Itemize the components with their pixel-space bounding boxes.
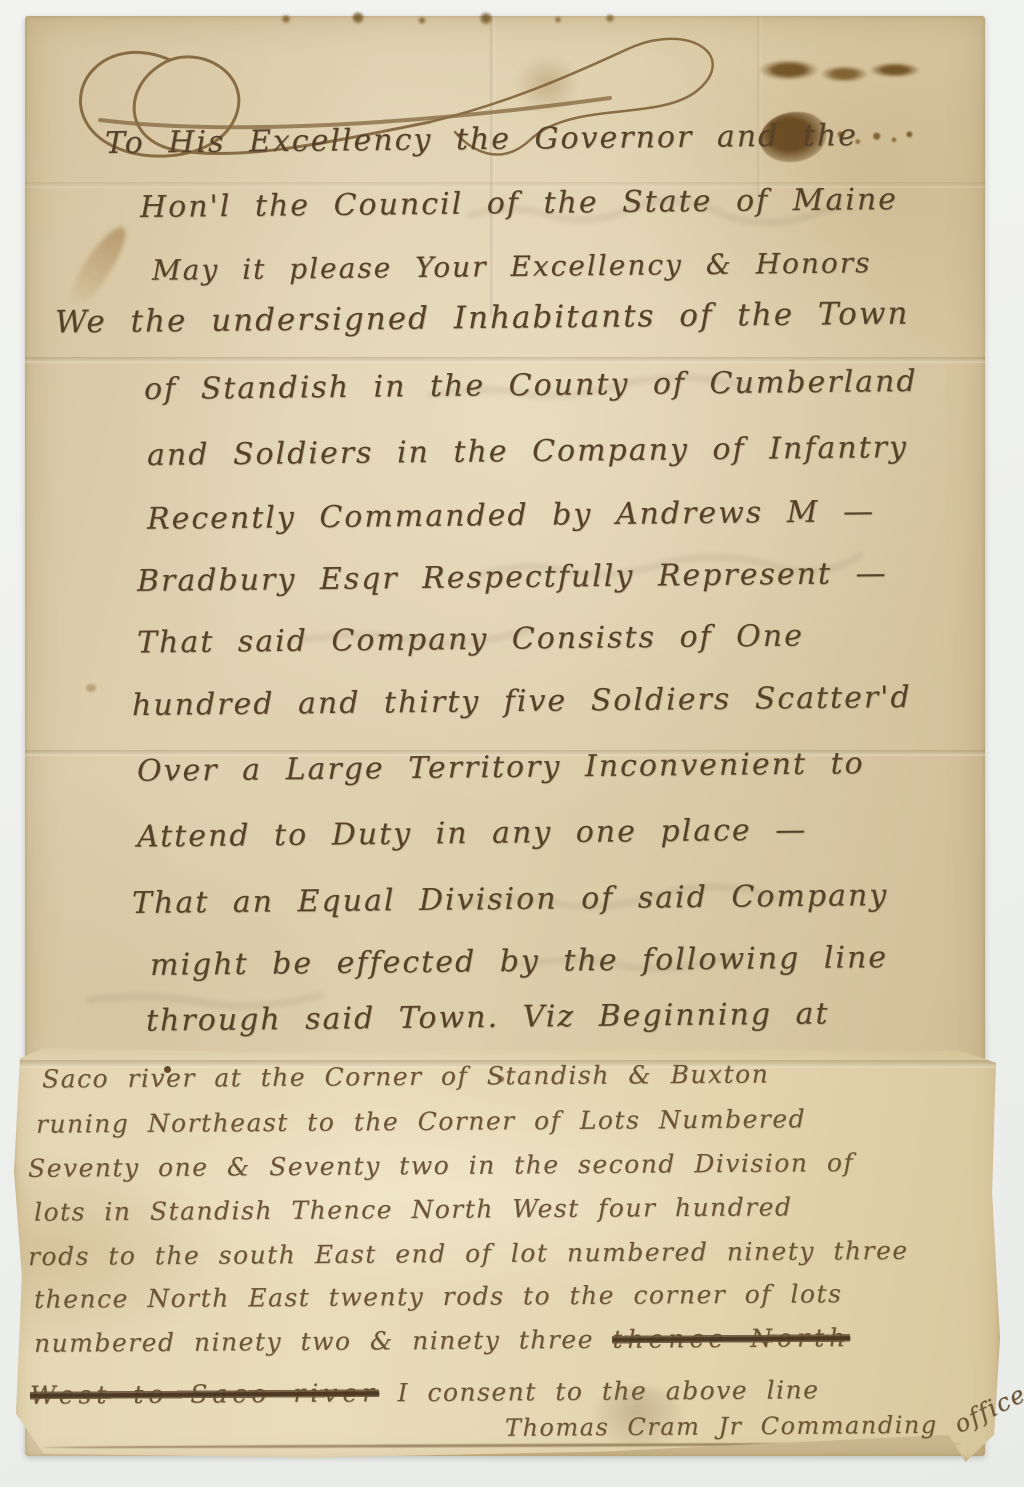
fold-crease: [25, 357, 985, 363]
consent-line: West to Saco river I consent to the abov…: [30, 1375, 820, 1410]
boundary-text: Saco river at the Corner of Standish & B…: [42, 1059, 769, 1093]
boundary-line: rods to the south East end of lot number…: [28, 1236, 909, 1271]
boundary-text: runing Northeast to the Corner of Lots N…: [36, 1104, 806, 1138]
petition-line: through said Town. Viz Beginning at: [146, 996, 830, 1038]
boundary-text: lots in Standish Thence North West four …: [34, 1192, 793, 1226]
boundary-text: Seventy one & Seventy two in the second …: [28, 1148, 854, 1183]
signature-line: Thomas Cram Jr Commanding officer: [505, 1410, 1024, 1442]
signature-text: Thomas Cram Jr Commanding: [505, 1411, 938, 1442]
boundary-line: numbered ninety two & ninety three thenc…: [34, 1323, 850, 1358]
boundary-text: thence North East twenty rods to the cor…: [34, 1279, 843, 1314]
boundary-line: lots in Standish Thence North West four …: [34, 1192, 793, 1226]
document-scan: To His Excellency the Governor and the H…: [0, 0, 1024, 1487]
petition-line: That said Company Consists of One: [137, 619, 804, 661]
boundary-line: Seventy one & Seventy two in the second …: [28, 1148, 854, 1183]
boundary-line: thence North East twenty rods to the cor…: [34, 1279, 843, 1314]
fold-crease: [757, 16, 762, 206]
boundary-text: rods to the south East end of lot number…: [28, 1236, 909, 1271]
boundary-line: runing Northeast to the Corner of Lots N…: [36, 1104, 806, 1138]
petition-line: Attend to Duty in any one place —: [137, 812, 808, 854]
struck-text: thence North: [612, 1323, 850, 1354]
boundary-text: numbered ninety two & ninety three: [34, 1325, 613, 1358]
boundary-line: Saco river at the Corner of Standish & B…: [42, 1059, 769, 1093]
struck-text: West to Saco river: [30, 1378, 379, 1409]
consent-text: I consent to the above line: [379, 1375, 819, 1407]
